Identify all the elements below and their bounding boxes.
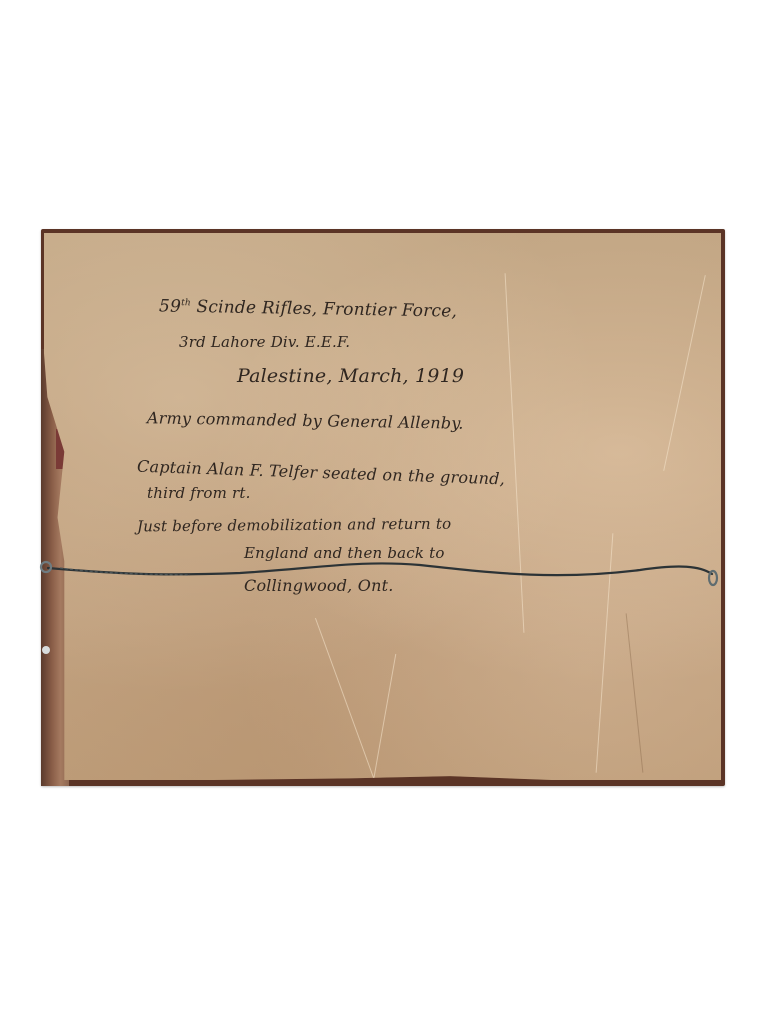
inscription-line-4: Army commanded by General Allenby. <box>147 408 464 433</box>
inscription-line-8: England and then back to <box>244 544 445 562</box>
regiment-name: Scinde Rifles, Frontier Force, <box>191 297 458 322</box>
inscription-line-9: Collingwood, Ont. <box>244 576 394 595</box>
kraft-paper-backing: 59th Scinde Rifles, Frontier Force, 3rd … <box>44 233 721 780</box>
inscription-line-6: third from rt. <box>147 484 251 502</box>
regiment-number: 59 <box>159 296 181 316</box>
handwritten-inscription: 59th Scinde Rifles, Frontier Force, 3rd … <box>44 233 721 780</box>
ordinal-suffix: th <box>181 298 191 308</box>
inscription-line-2: 3rd Lahore Div. E.E.F. <box>179 333 350 351</box>
picture-frame-back: 59th Scinde Rifles, Frontier Force, 3rd … <box>41 229 725 786</box>
inscription-line-1: 59th Scinde Rifles, Frontier Force, <box>159 296 457 321</box>
inscription-line-7: Just before demobilization and return to <box>137 515 451 536</box>
inscription-line-3: Palestine, March, 1919 <box>237 365 464 387</box>
